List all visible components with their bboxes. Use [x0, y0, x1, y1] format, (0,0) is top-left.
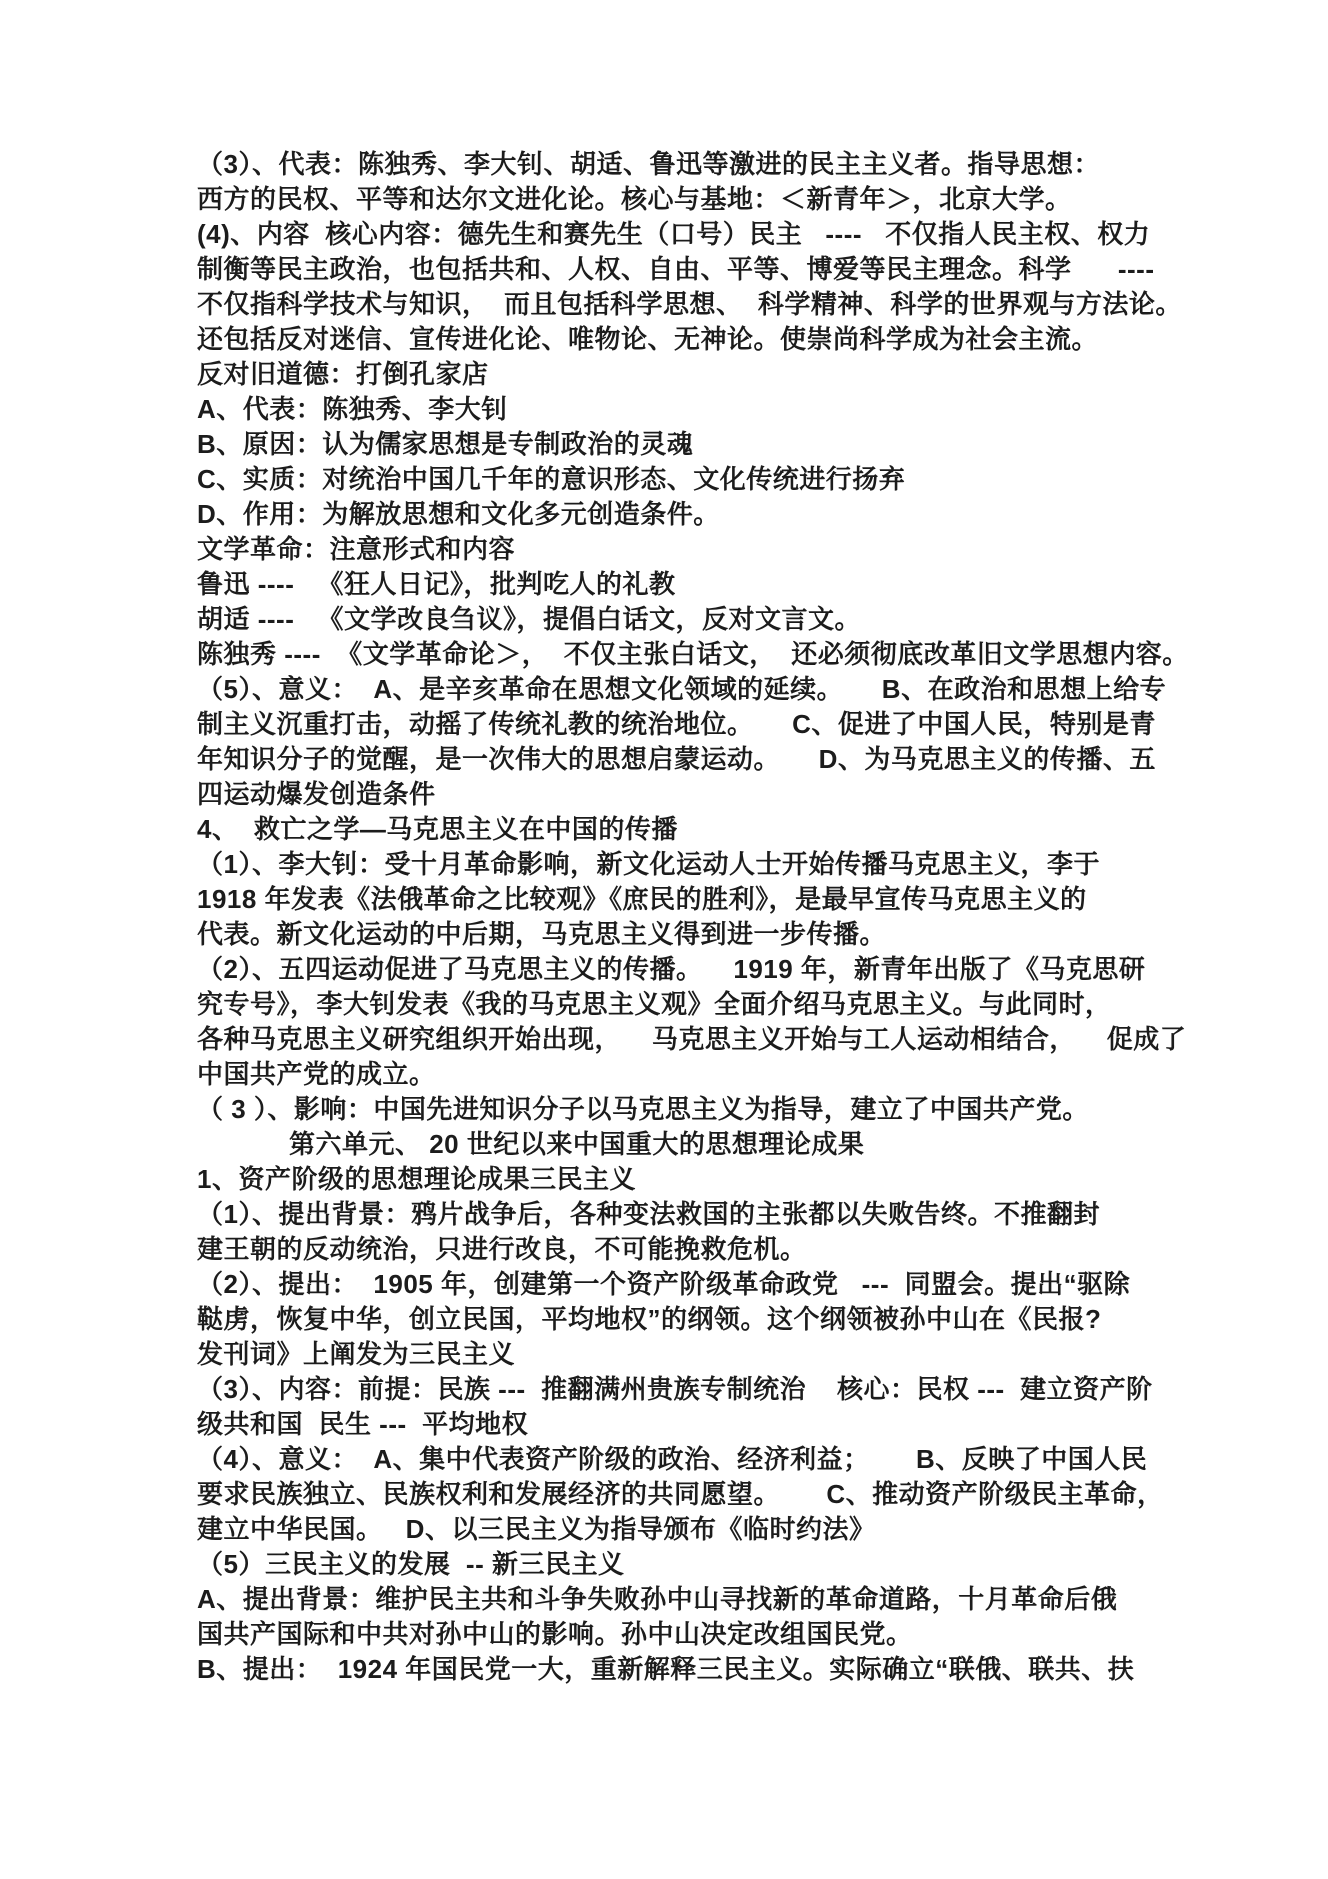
text-line: B、原因：认为儒家思想是专制政治的灵魂: [197, 427, 1177, 462]
document-page: （3）、代表：陈独秀、李大钊、胡适、鲁迅等激进的民主主义者。指导思想：西方的民权…: [0, 0, 1328, 1879]
text-line: 代表。新文化运动的中后期，马克思主义得到进一步传播。: [197, 917, 1177, 952]
text-line: （5）三民主义的发展 -- 新三民主义: [197, 1547, 1177, 1582]
text-line: （1）、李大钊：受十月革命影响，新文化运动人士开始传播马克思主义，李于: [197, 847, 1177, 882]
text-line: 不仅指科学技术与知识， 而且包括科学思想、 科学精神、科学的世界观与方法论。: [197, 287, 1177, 322]
text-line: 要求民族独立、民族权利和发展经济的共同愿望。 C、推动资产阶级民主革命，: [197, 1477, 1177, 1512]
text-line: 反对旧道德：打倒孔家店: [197, 357, 1177, 392]
text-line: 发刊词》上阐发为三民主义: [197, 1337, 1177, 1372]
text-line: 文学革命：注意形式和内容: [197, 532, 1177, 567]
text-line: 级共和国 民生 --- 平均地权: [197, 1407, 1177, 1442]
text-line: （2）、五四运动促进了马克思主义的传播。 1919 年，新青年出版了《马克思研: [197, 952, 1177, 987]
text-line: （2）、提出： 1905 年，创建第一个资产阶级革命政党 --- 同盟会。提出“…: [197, 1267, 1177, 1302]
text-line: 中国共产党的成立。: [197, 1057, 1177, 1092]
text-line: 4、 救亡之学—马克思主义在中国的传播: [197, 812, 1177, 847]
text-line: 1918 年发表《法俄革命之比较观》《庶民的胜利》，是最早宣传马克思主义的: [197, 882, 1177, 917]
text-line: （1）、提出背景：鸦片战争后，各种变法救国的主张都以失败告终。不推翻封: [197, 1197, 1177, 1232]
document-body: （3）、代表：陈独秀、李大钊、胡适、鲁迅等激进的民主主义者。指导思想：西方的民权…: [197, 147, 1177, 1687]
text-line: 鞑虏，恢复中华，创立民国，平均地权”的纲领。这个纲领被孙中山在《民报?: [197, 1302, 1177, 1337]
text-line: （4）、意义： A、集中代表资产阶级的政治、经济利益； B、反映了中国人民: [197, 1442, 1177, 1477]
text-line: 还包括反对迷信、宣传进化论、唯物论、无神论。使崇尚科学成为社会主流。: [197, 322, 1177, 357]
text-line: 陈独秀 ---- 《文学革命论＞， 不仅主张白话文， 还必须彻底改革旧文学思想内…: [197, 637, 1177, 672]
text-line: （5）、意义： A、是辛亥革命在思想文化领域的延续。 B、在政治和思想上给专: [197, 672, 1177, 707]
text-line: B、提出： 1924 年国民党一大，重新解释三民主义。实际确立“联俄、联共、扶: [197, 1652, 1177, 1687]
text-line: （3）、代表：陈独秀、李大钊、胡适、鲁迅等激进的民主主义者。指导思想：: [197, 147, 1177, 182]
text-line: 建立中华民国。 D、以三民主义为指导颁布《临时约法》: [197, 1512, 1177, 1547]
text-line: 鲁迅 ---- 《狂人日记》，批判吃人的礼教: [197, 567, 1177, 602]
text-line: 1、资产阶级的思想理论成果三民主义: [197, 1162, 1177, 1197]
text-line: 建王朝的反动统治，只进行改良，不可能挽救危机。: [197, 1232, 1177, 1267]
text-line: （3）、内容：前提：民族 --- 推翻满州贵族专制统治 核心：民权 --- 建立…: [197, 1372, 1177, 1407]
text-line: (4)、内容 核心内容：德先生和赛先生（口号）民主 ---- 不仅指人民主权、权…: [197, 217, 1177, 252]
text-line: 胡适 ---- 《文学改良刍议》，提倡白话文，反对文言文。: [197, 602, 1177, 637]
text-line: 国共产国际和中共对孙中山的影响。孙中山决定改组国民党。: [197, 1617, 1177, 1652]
text-line: 制衡等民主政治，也包括共和、人权、自由、平等、博爱等民主理念。科学 ----: [197, 252, 1177, 287]
text-line: D、作用：为解放思想和文化多元创造条件。: [197, 497, 1177, 532]
section-heading: 第六单元、 20 世纪以来中国重大的思想理论成果: [197, 1127, 1177, 1162]
text-line: 西方的民权、平等和达尔文进化论。核心与基地：＜新青年＞，北京大学。: [197, 182, 1177, 217]
text-line: 各种马克思主义研究组织开始出现， 马克思主义开始与工人运动相结合， 促成了: [197, 1022, 1177, 1057]
text-line: 年知识分子的觉醒，是一次伟大的思想启蒙运动。 D、为马克思主义的传播、五: [197, 742, 1177, 777]
text-line: C、实质：对统治中国几千年的意识形态、文化传统进行扬弃: [197, 462, 1177, 497]
text-line: 制主义沉重打击，动摇了传统礼教的统治地位。 C、促进了中国人民，特别是青: [197, 707, 1177, 742]
text-line: A、代表：陈独秀、李大钊: [197, 392, 1177, 427]
text-line: （ 3 ）、影响：中国先进知识分子以马克思主义为指导，建立了中国共产党。: [197, 1092, 1177, 1127]
text-line: 四运动爆发创造条件: [197, 777, 1177, 812]
text-line: A、提出背景：维护民主共和斗争失败孙中山寻找新的革命道路，十月革命后俄: [197, 1582, 1177, 1617]
text-line: 究专号》，李大钊发表《我的马克思主义观》全面介绍马克思主义。与此同时，: [197, 987, 1177, 1022]
